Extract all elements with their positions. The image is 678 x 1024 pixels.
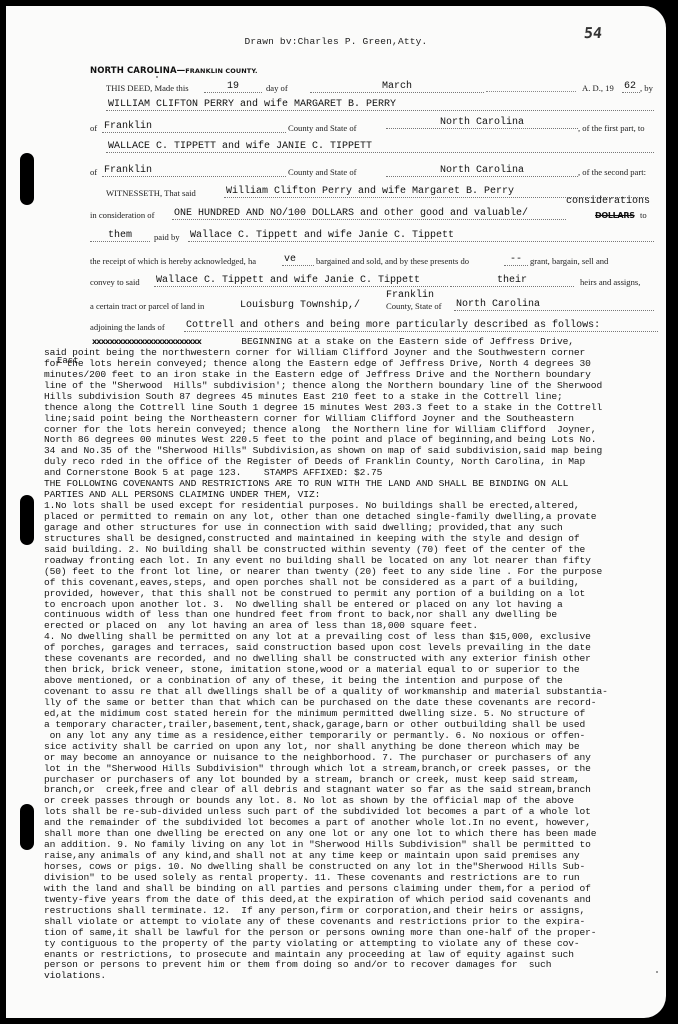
body-line: violations. — [44, 971, 664, 982]
deed-body-text: BEGINNING at a stake on the Eastern side… — [44, 337, 664, 982]
convey-label: convey to said — [90, 277, 140, 287]
scan-speck — [156, 76, 158, 78]
second-party-of: of — [90, 167, 97, 177]
body-line: sice activity shall be carried on upon a… — [44, 742, 664, 753]
deed-ad-label: A. D., 19 — [582, 83, 614, 93]
second-party-county-field: Franklin — [102, 165, 286, 177]
convey-field: Wallace C. Tippett and wife Janie C. Tip… — [154, 275, 448, 287]
first-party-county-label: County and State of — [288, 123, 357, 133]
consideration-superscript: considerations — [566, 196, 650, 207]
body-line: Hills subdivision South 87 degrees 45 mi… — [44, 392, 664, 403]
body-line: ty contiguous to the property of the par… — [44, 939, 664, 950]
grantors-field: WILLIAM CLIFTON PERRY and wife MARGARET … — [106, 99, 654, 111]
consideration-suffix: to — [640, 210, 647, 220]
receipt-suffix: grant, bargain, sell and — [530, 256, 608, 266]
body-line: shall violate or attempt to violate any … — [44, 917, 664, 928]
receipt-do-field: -- — [504, 254, 528, 266]
paid-by-field: Wallace C. Tippett and wife Janie C. Tip… — [188, 230, 654, 242]
first-party-of: of — [90, 123, 97, 133]
convey-their-field: their — [450, 275, 574, 287]
first-party-suffix: , of the first part, to — [578, 123, 645, 133]
body-line: (50) feet to the front lot line, or near… — [44, 567, 664, 578]
deed-month-field: March — [310, 81, 484, 93]
deed-day-label: day of — [266, 83, 288, 93]
document-header: NORTH CAROLINA—Franklin County. — [90, 66, 258, 76]
deed-by-label: , by — [640, 83, 653, 93]
punch-hole-mark — [20, 153, 34, 205]
header-state: NORTH CAROLINA — [90, 66, 177, 76]
deed-date-line: THIS DEED, Made this 19 day of March A. … — [90, 78, 650, 96]
tract-label: a certain tract or parcel of land in — [90, 301, 204, 311]
paid-by-label: paid by — [154, 232, 180, 242]
body-line: lot in the "Sherwood Hills Subdivision" … — [44, 764, 664, 775]
paid-to-field: them — [90, 230, 150, 242]
adjoining-label: adjoining the lands of — [90, 322, 165, 332]
paid-by-line: them paid by Wallace C. Tippett and wife… — [90, 227, 650, 245]
second-party-suffix: , of the second part: — [578, 167, 646, 177]
second-party-county-label: County and State of — [288, 167, 357, 177]
body-line: or may become an annoyance or nuisance t… — [44, 753, 664, 764]
body-line: provided, however, that this shall not b… — [44, 589, 664, 600]
body-line: of this covenant,eaves,steps, and open p… — [44, 578, 664, 589]
grantors-line: WILLIAM CLIFTON PERRY and wife MARGARET … — [90, 96, 650, 114]
deed-year-field: 62 — [622, 81, 640, 93]
receipt-have-field: ve — [282, 254, 314, 266]
deed-page: 54 Drawn bv:Charles P. Green,Atty. NORTH… — [6, 6, 666, 1018]
header-county: Franklin County. — [185, 67, 257, 75]
body-line: person or persons to prevent him or them… — [44, 960, 664, 971]
body-line: thence along the Cottrell line South 1 d… — [44, 403, 664, 414]
first-party-county-field: Franklin — [102, 121, 286, 133]
punch-hole-mark — [20, 495, 34, 545]
body-line: line;said point being the Northeastern c… — [44, 414, 664, 425]
tract-county-label: County, State of — [386, 301, 442, 311]
consideration-label: in consideration of — [90, 210, 154, 220]
header-dash: — — [177, 66, 186, 76]
body-line: tion of same,it shall be lawful for the … — [44, 928, 664, 939]
convey-line: convey to said Wallace C. Tippett and wi… — [90, 272, 650, 290]
struck-dollars: DOLLARS — [595, 211, 635, 220]
second-party-line: of Franklin County and State of North Ca… — [90, 162, 650, 180]
consideration-line: in consideration of ONE HUNDRED AND NO/1… — [90, 205, 650, 223]
drawn-by: Drawn bv:Charles P. Green,Atty. — [6, 36, 666, 47]
grantees-field: WALLACE C. TIPPETT and wife JANIE C. TIP… — [106, 141, 654, 153]
dotted-rule — [486, 91, 576, 92]
tract-county-superscript: Franklin — [386, 290, 434, 301]
second-party-state-field: North Carolina — [386, 165, 578, 177]
scan-speck — [656, 971, 658, 973]
first-party-state-field: North Carolina — [386, 117, 578, 129]
deed-prefix: THIS DEED, Made this — [106, 83, 189, 93]
receipt-middle: bargained and sold, and by these present… — [316, 256, 469, 266]
receipt-line: the receipt of which is hereby acknowled… — [90, 251, 650, 269]
receipt-prefix: the receipt of which is hereby acknowled… — [90, 256, 256, 266]
tract-state-field: North Carolina — [454, 299, 654, 311]
convey-suffix: heirs and assigns, — [580, 277, 640, 287]
tract-township-field: Louisburg Township,/ — [238, 300, 384, 311]
consideration-field: ONE HUNDRED AND NO/100 DOLLARS and other… — [172, 208, 566, 220]
punch-hole-mark — [20, 804, 34, 850]
deed-day-field: 19 — [204, 81, 262, 93]
witnesseth-label: WITNESSETH, That said — [106, 188, 196, 198]
grantees-line: WALLACE C. TIPPETT and wife JANIE C. TIP… — [90, 138, 650, 156]
adjoining-field: Cottrell and others and being more parti… — [184, 320, 658, 332]
first-party-line: of Franklin County and State of North Ca… — [90, 118, 650, 136]
tract-line: a certain tract or parcel of land in Lou… — [90, 296, 650, 314]
adjoining-line: adjoining the lands of Cottrell and othe… — [90, 317, 650, 335]
